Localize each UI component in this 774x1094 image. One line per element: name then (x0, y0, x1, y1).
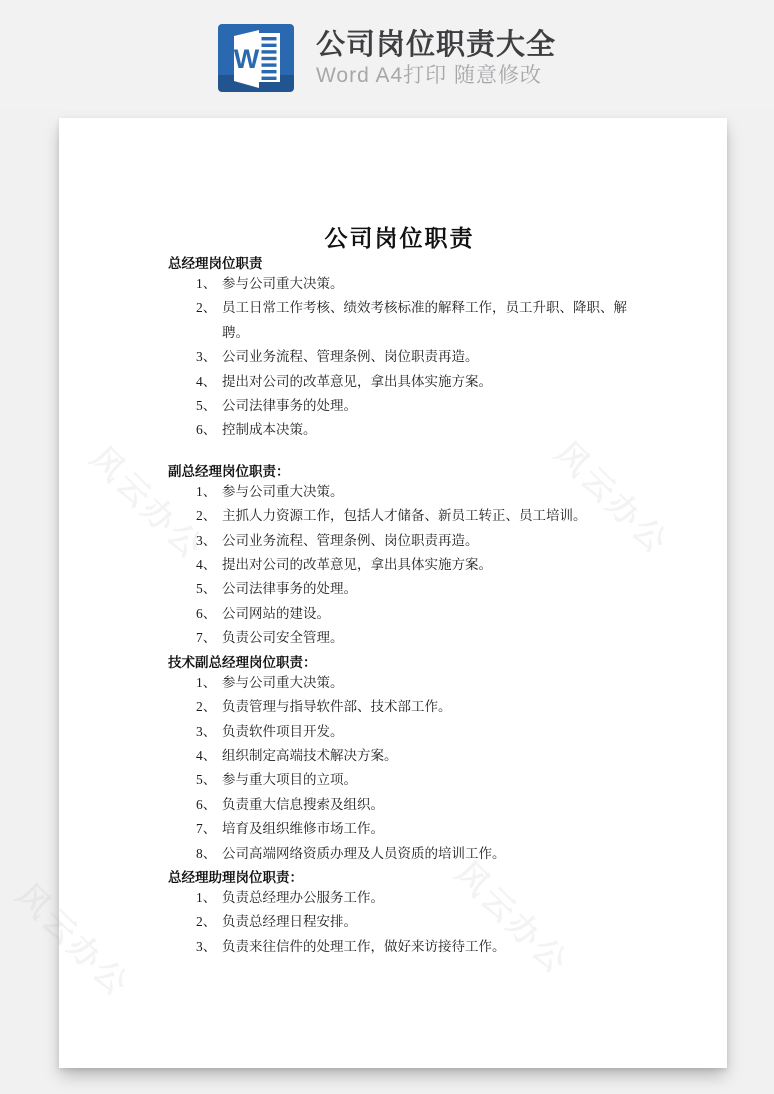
section-heading: 总经理岗位职责 (168, 256, 631, 272)
list-item-text: 主抓人力资源工作，包括人才储备、新员工转正、员工培训。 (222, 504, 631, 528)
list-item-text: 提出对公司的改革意见，拿出具体实施方案。 (222, 370, 631, 394)
document-title: 公司岗位职责 (168, 226, 631, 252)
template-header: W 公司岗位职责大全 Word A4打印 随意修改 (0, 0, 774, 110)
page-background: W 公司岗位职责大全 Word A4打印 随意修改 公司岗位职责 总经理岗位职责… (0, 0, 774, 1094)
list-item-text: 公司法律事务的处理。 (222, 394, 631, 418)
header-group: W 公司岗位职责大全 Word A4打印 随意修改 (218, 24, 556, 92)
list-item-text: 组织制定高端技术解决方案。 (222, 744, 631, 768)
job-section: 技术副总经理岗位职责：1、参与公司重大决策。2、负责管理与指导软件部、技术部工作… (168, 655, 631, 866)
list-item-number: 8、 (196, 842, 222, 866)
list-item-text: 公司法律事务的处理。 (222, 577, 631, 601)
section-heading: 总经理助理岗位职责： (168, 870, 631, 886)
list-item: 3、公司业务流程、管理条例、岗位职责再造。 (196, 345, 631, 369)
document-sections: 总经理岗位职责1、参与公司重大决策。2、员工日常工作考核、绩效考核标准的解释工作… (168, 256, 631, 959)
document-page: 公司岗位职责 总经理岗位职责1、参与公司重大决策。2、员工日常工作考核、绩效考核… (59, 118, 727, 1068)
list-item-number: 4、 (196, 553, 222, 577)
list-item-text: 公司网站的建设。 (222, 602, 631, 626)
list-item-text: 参与公司重大决策。 (222, 272, 631, 296)
list-item: 2、负责总经理日程安排。 (196, 910, 631, 934)
list-item-number: 4、 (196, 370, 222, 394)
template-title: 公司岗位职责大全 (316, 29, 556, 61)
list-item-text: 公司高端网络资质办理及人员资质的培训工作。 (222, 842, 631, 866)
list-item: 3、负责来往信件的处理工作，做好来访接待工作。 (196, 935, 631, 959)
job-section: 总经理助理岗位职责：1、负责总经理办公服务工作。2、负责总经理日程安排。3、负责… (168, 870, 631, 959)
list-item-number: 6、 (196, 418, 222, 442)
list-item-number: 3、 (196, 720, 222, 744)
list-item: 6、负责重大信息搜索及组织。 (196, 793, 631, 817)
list-item-number: 6、 (196, 793, 222, 817)
list-item-number: 7、 (196, 817, 222, 841)
list-item-number: 2、 (196, 910, 222, 934)
list-item: 4、提出对公司的改革意见，拿出具体实施方案。 (196, 553, 631, 577)
list-item: 5、公司法律事务的处理。 (196, 394, 631, 418)
list-item-text: 负责总经理日程安排。 (222, 910, 631, 934)
list-item-number: 4、 (196, 744, 222, 768)
svg-text:W: W (234, 44, 260, 74)
list-item: 5、参与重大项目的立项。 (196, 768, 631, 792)
word-file-icon: W (218, 24, 294, 92)
list-item-number: 2、 (196, 296, 222, 345)
list-item-number: 6、 (196, 602, 222, 626)
list-item-text: 负责管理与指导软件部、技术部工作。 (222, 695, 631, 719)
list-item-text: 负责总经理办公服务工作。 (222, 886, 631, 910)
list-item-text: 负责软件项目开发。 (222, 720, 631, 744)
list-item-text: 员工日常工作考核、绩效考核标准的解释工作，员工升职、降职、解聘。 (222, 296, 631, 345)
list-item-number: 1、 (196, 272, 222, 296)
list-item: 2、主抓人力资源工作，包括人才储备、新员工转正、员工培训。 (196, 504, 631, 528)
list-item: 5、公司法律事务的处理。 (196, 577, 631, 601)
list-item-text: 提出对公司的改革意见，拿出具体实施方案。 (222, 553, 631, 577)
list-item: 8、公司高端网络资质办理及人员资质的培训工作。 (196, 842, 631, 866)
document-content: 公司岗位职责 总经理岗位职责1、参与公司重大决策。2、员工日常工作考核、绩效考核… (59, 118, 727, 1068)
list-item-text: 参与重大项目的立项。 (222, 768, 631, 792)
list-item: 2、负责管理与指导软件部、技术部工作。 (196, 695, 631, 719)
list-item-text: 参与公司重大决策。 (222, 480, 631, 504)
job-section: 副总经理岗位职责：1、参与公司重大决策。2、主抓人力资源工作，包括人才储备、新员… (168, 464, 631, 651)
list-item-number: 2、 (196, 695, 222, 719)
list-item: 1、参与公司重大决策。 (196, 272, 631, 296)
list-item: 7、负责公司安全管理。 (196, 626, 631, 650)
list-item: 1、参与公司重大决策。 (196, 671, 631, 695)
list-item: 1、负责总经理办公服务工作。 (196, 886, 631, 910)
job-section: 总经理岗位职责1、参与公司重大决策。2、员工日常工作考核、绩效考核标准的解释工作… (168, 256, 631, 443)
list-item-text: 公司业务流程、管理条例、岗位职责再造。 (222, 529, 631, 553)
list-item-text: 培育及组织维修市场工作。 (222, 817, 631, 841)
list-item-number: 3、 (196, 935, 222, 959)
list-item-number: 3、 (196, 345, 222, 369)
list-item: 4、组织制定高端技术解决方案。 (196, 744, 631, 768)
list-item: 6、公司网站的建设。 (196, 602, 631, 626)
header-text: 公司岗位职责大全 Word A4打印 随意修改 (316, 29, 556, 88)
list-item-text: 公司业务流程、管理条例、岗位职责再造。 (222, 345, 631, 369)
list-item-text: 负责重大信息搜索及组织。 (222, 793, 631, 817)
list-item-number: 7、 (196, 626, 222, 650)
list-item-number: 1、 (196, 671, 222, 695)
list-item: 1、参与公司重大决策。 (196, 480, 631, 504)
list-item-number: 5、 (196, 394, 222, 418)
list-item: 7、培育及组织维修市场工作。 (196, 817, 631, 841)
list-item-text: 负责来往信件的处理工作，做好来访接待工作。 (222, 935, 631, 959)
list-item-number: 5、 (196, 577, 222, 601)
section-heading: 副总经理岗位职责： (168, 464, 631, 480)
list-item-text: 负责公司安全管理。 (222, 626, 631, 650)
list-item-number: 1、 (196, 886, 222, 910)
list-item: 6、控制成本决策。 (196, 418, 631, 442)
list-item-text: 控制成本决策。 (222, 418, 631, 442)
list-item: 3、公司业务流程、管理条例、岗位职责再造。 (196, 529, 631, 553)
list-item-text: 参与公司重大决策。 (222, 671, 631, 695)
template-subtitle: Word A4打印 随意修改 (316, 64, 556, 88)
list-item-number: 1、 (196, 480, 222, 504)
list-item: 4、提出对公司的改革意见，拿出具体实施方案。 (196, 370, 631, 394)
list-item: 2、员工日常工作考核、绩效考核标准的解释工作，员工升职、降职、解聘。 (196, 296, 631, 345)
section-heading: 技术副总经理岗位职责： (168, 655, 631, 671)
list-item-number: 3、 (196, 529, 222, 553)
list-item: 3、负责软件项目开发。 (196, 720, 631, 744)
list-item-number: 5、 (196, 768, 222, 792)
list-item-number: 2、 (196, 504, 222, 528)
